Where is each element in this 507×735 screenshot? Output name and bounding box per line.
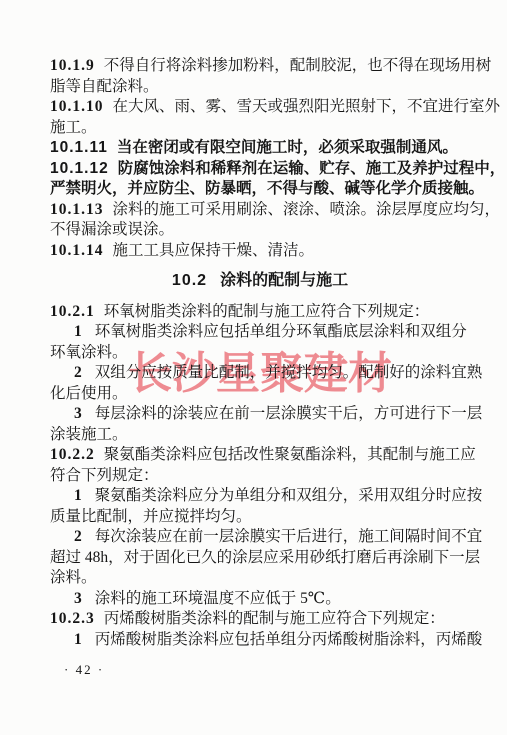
item-number: 1 — [74, 631, 82, 648]
clause-number: 10.1.13 — [50, 201, 104, 218]
clause-line: 10.1.14施工工具应保持干燥、清洁。 — [50, 241, 470, 262]
line-text: 涂装施工。 — [50, 426, 128, 443]
document-body: 10.1.9不得自行将涂料掺加粉料，配制胶泥，也不得在现场用树脂等自配涂料。10… — [50, 56, 470, 650]
clause-number: 10.1.14 — [50, 242, 104, 259]
clause-line: 10.2.2聚氨酯类涂料应包括改性聚氨酯涂料，其配制与施工应 — [50, 445, 470, 466]
continuation-line: 化后使用。 — [50, 384, 470, 405]
item-number: 2 — [74, 364, 82, 381]
line-text: 不得漏涂或误涂。 — [50, 221, 174, 238]
clause-number: 10.1.10 — [50, 98, 104, 115]
clause-line: 10.1.11当在密闭或有限空间施工时，必须采取强制通风。 — [50, 138, 470, 159]
clause-number: 10.2.1 — [50, 303, 95, 320]
clause-line: 10.1.10在大风、雨、雾、雪天或强烈阳光照射下，不宜进行室外 — [50, 97, 470, 118]
item-number: 1 — [74, 487, 82, 504]
clause-line: 10.2.1环氧树脂类涂料的配制与施工应符合下列规定： — [50, 302, 470, 323]
continuation-line: 不得漏涂或误涂。 — [50, 220, 470, 241]
clause-number: 10.2.2 — [50, 446, 95, 463]
line-text: 涂料的施工环境温度不应低于 5℃。 — [95, 590, 341, 607]
sub-item-line: 2双组分应按质量比配制，并搅拌均匀。配制好的涂料宜熟 — [50, 363, 470, 384]
clause-number: 10.2 — [172, 272, 207, 289]
line-text: 环氧树脂类涂料应包括单组分环氧酯底层涂料和双组分 — [95, 323, 467, 340]
continuation-line: 严禁明火，并应防尘、防暴晒，不得与酸、碱等化学介质接触。 — [50, 179, 470, 200]
section-heading: 10.2涂料的配制与施工 — [50, 271, 470, 292]
line-text: 涂料的施工可采用刷涂、滚涂、喷涂。涂层厚度应均匀， — [113, 201, 501, 218]
line-text: 防腐蚀涂料和稀释剂在运输、贮存、施工及养护过程中， — [118, 160, 506, 177]
clause-number: 10.1.11 — [50, 139, 108, 156]
line-text: 丙烯酸树脂类涂料的配制与施工应符合下列规定： — [104, 610, 445, 627]
sub-item-line: 2每次涂装应在前一层涂膜实干后进行，施工间隔时间不宜 — [50, 527, 470, 548]
continuation-line: 脂等自配涂料。 — [50, 77, 470, 98]
line-text: 双组分应按质量比配制，并搅拌均匀。配制好的涂料宜熟 — [95, 364, 483, 381]
line-text: 质量比配制，并应搅拌均匀。 — [50, 508, 252, 525]
line-text: 施工。 — [50, 119, 97, 136]
sub-item-line: 3每层涂料的涂装应在前一层涂膜实干后，方可进行下一层 — [50, 404, 470, 425]
line-text: 当在密闭或有限空间施工时，必须采取强制通风。 — [117, 139, 458, 156]
continuation-line: 涂料。 — [50, 568, 470, 589]
line-text: 符合下列规定： — [50, 467, 159, 484]
line-text: 环氧树脂类涂料的配制与施工应符合下列规定： — [104, 303, 430, 320]
sub-item-line: 1丙烯酸树脂类涂料应包括单组分丙烯酸树脂涂料，丙烯酸 — [50, 630, 470, 651]
clause-line: 10.1.13涂料的施工可采用刷涂、滚涂、喷涂。涂层厚度应均匀， — [50, 200, 470, 221]
line-text: 超过 48h，对于固化已久的涂层应采用砂纸打磨后再涂刷下一层 — [50, 549, 480, 566]
item-number: 3 — [74, 590, 82, 607]
item-number: 2 — [74, 528, 82, 545]
line-text: 在大风、雨、雾、雪天或强烈阳光照射下，不宜进行室外 — [113, 98, 501, 115]
clause-line: 10.1.12防腐蚀涂料和稀释剂在运输、贮存、施工及养护过程中， — [50, 159, 470, 180]
clause-line: 10.1.9不得自行将涂料掺加粉料，配制胶泥，也不得在现场用树 — [50, 56, 470, 77]
line-text: 聚氨酯类涂料应分为单组分和双组分，采用双组分时应按 — [95, 487, 483, 504]
clause-number: 10.1.9 — [50, 57, 95, 74]
item-number: 3 — [74, 405, 82, 422]
line-text: 丙烯酸树脂类涂料应包括单组分丙烯酸树脂涂料，丙烯酸 — [95, 631, 483, 648]
line-text: 严禁明火，并应防尘、防暴晒，不得与酸、碱等化学介质接触。 — [50, 180, 484, 197]
clause-number: 10.2.3 — [50, 610, 95, 627]
continuation-line: 涂装施工。 — [50, 425, 470, 446]
line-text: 每层涂料的涂装应在前一层涂膜实干后，方可进行下一层 — [95, 405, 483, 422]
page-number: · 42 · — [64, 662, 104, 678]
line-text: 不得自行将涂料掺加粉料，配制胶泥，也不得在现场用树 — [104, 57, 492, 74]
line-text: 施工工具应保持干燥、清洁。 — [113, 242, 315, 259]
sub-item-line: 1环氧树脂类涂料应包括单组分环氧酯底层涂料和双组分 — [50, 322, 470, 343]
item-number: 1 — [74, 323, 82, 340]
sub-item-line: 1聚氨酯类涂料应分为单组分和双组分，采用双组分时应按 — [50, 486, 470, 507]
continuation-line: 环氧涂料。 — [50, 343, 470, 364]
continuation-line: 超过 48h，对于固化已久的涂层应采用砂纸打磨后再涂刷下一层 — [50, 548, 470, 569]
line-text: 化后使用。 — [50, 385, 128, 402]
continuation-line: 施工。 — [50, 118, 470, 139]
sub-item-line: 3涂料的施工环境温度不应低于 5℃。 — [50, 589, 470, 610]
line-text: 涂料。 — [50, 569, 97, 586]
continuation-line: 质量比配制，并应搅拌均匀。 — [50, 507, 470, 528]
scanned-document-page: 长沙星聚建材 10.1.9不得自行将涂料掺加粉料，配制胶泥，也不得在现场用树脂等… — [0, 0, 507, 735]
clause-number: 10.1.12 — [50, 160, 109, 177]
line-text: 脂等自配涂料。 — [50, 78, 159, 95]
line-text: 环氧涂料。 — [50, 344, 128, 361]
line-text: 每次涂装应在前一层涂膜实干后进行，施工间隔时间不宜 — [95, 528, 483, 545]
line-text: 涂料的配制与施工 — [220, 272, 348, 289]
line-text: 聚氨酯类涂料应包括改性聚氨酯涂料，其配制与施工应 — [104, 446, 476, 463]
clause-line: 10.2.3丙烯酸树脂类涂料的配制与施工应符合下列规定： — [50, 609, 470, 630]
continuation-line: 符合下列规定： — [50, 466, 470, 487]
